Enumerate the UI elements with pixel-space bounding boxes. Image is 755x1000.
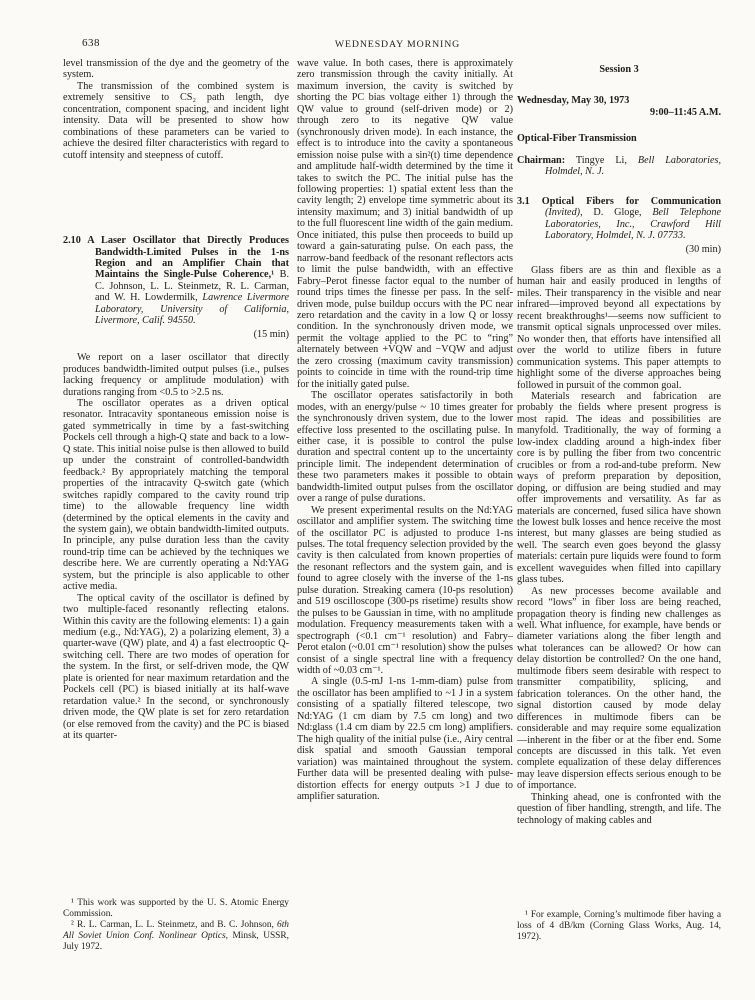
- paragraph: The transmission of the combined system …: [63, 81, 289, 161]
- chairman-line: Chairman: Tingye Li, Bell Laboratories, …: [517, 155, 721, 178]
- footnote-corning: ¹ For example, Corning’s multimode fiber…: [517, 910, 721, 943]
- paragraph: A single (0.5-mJ 1-ns 1-mm-diam) pulse f…: [297, 676, 513, 802]
- footnotes-column-1: ¹ This work was supported by the U. S. A…: [63, 898, 289, 953]
- paragraph: The oscillator operates as a driven opti…: [63, 398, 289, 593]
- abstract-2-10-number-title: 2.10 A Laser Oscillator that Directly Pr…: [63, 235, 289, 280]
- paragraph: We report on a laser oscillator that dir…: [63, 352, 289, 398]
- paragraph: The oscillator operates satisfactorily i…: [297, 390, 513, 505]
- paragraph: We present experimental results on the N…: [297, 505, 513, 677]
- chairman-name: Tingye Li,: [565, 155, 638, 166]
- column-3: Session 3 Wednesday, May 30, 1973 9:00–1…: [517, 58, 721, 826]
- paragraph: Glass fibers are as thin and flexible as…: [517, 265, 721, 391]
- session-number: Session 3: [517, 64, 721, 75]
- paragraph: The optical cavity of the oscillator is …: [63, 593, 289, 742]
- abstract-3-1-authors: , D. Gloge,: [580, 207, 652, 218]
- abstract-heading-2-10: 2.10 A Laser Oscillator that Directly Pr…: [63, 235, 289, 327]
- abstract-3-1-title: 3.1 Optical Fibers for Communication: [517, 196, 721, 207]
- chairman-label: Chairman:: [517, 155, 565, 166]
- timing-15-min: (15 min): [63, 329, 289, 340]
- page-number: 638: [82, 37, 100, 49]
- footnote-1: ¹ This work was supported by the U. S. A…: [63, 898, 289, 920]
- scanned-proceedings-page: 638 WEDNESDAY MORNING level transmission…: [0, 0, 755, 1000]
- paragraph-continuation: wave value. In both cases, there is appr…: [297, 58, 513, 390]
- abstract-3-1-invited: (Invited): [545, 207, 580, 218]
- column-1: level transmission of the dye and the ge…: [63, 58, 289, 742]
- timing-30-min: (30 min): [517, 244, 721, 255]
- abstract-2-10-title: A Laser Oscillator that Directly Produce…: [81, 235, 289, 280]
- session-time: 9:00–11:45 A.M.: [517, 107, 721, 118]
- session-topic: Optical-Fiber Transmission: [517, 133, 721, 144]
- footnote-2: ² R. L. Carman, L. L. Steinmetz, and B. …: [63, 920, 289, 953]
- session-date: Wednesday, May 30, 1973: [517, 95, 721, 106]
- paragraph: As new processes become available and re…: [517, 586, 721, 792]
- paragraph: Materials research and fabrication are p…: [517, 391, 721, 586]
- paragraph-continuation: level transmission of the dye and the ge…: [63, 58, 289, 81]
- paragraph: Thinking ahead, one is confronted with t…: [517, 792, 721, 826]
- footnote-2-authors: ² R. L. Carman, L. L. Steinmetz, and B. …: [71, 920, 277, 930]
- column-2: wave value. In both cases, there is appr…: [297, 58, 513, 802]
- running-head: WEDNESDAY MORNING: [295, 39, 500, 50]
- abstract-heading-3-1: 3.1 Optical Fibers for Communication (In…: [517, 196, 721, 242]
- abstract-2-10-number: 2.10: [63, 235, 81, 246]
- footnotes-column-3: ¹ For example, Corning’s multimode fiber…: [517, 910, 721, 943]
